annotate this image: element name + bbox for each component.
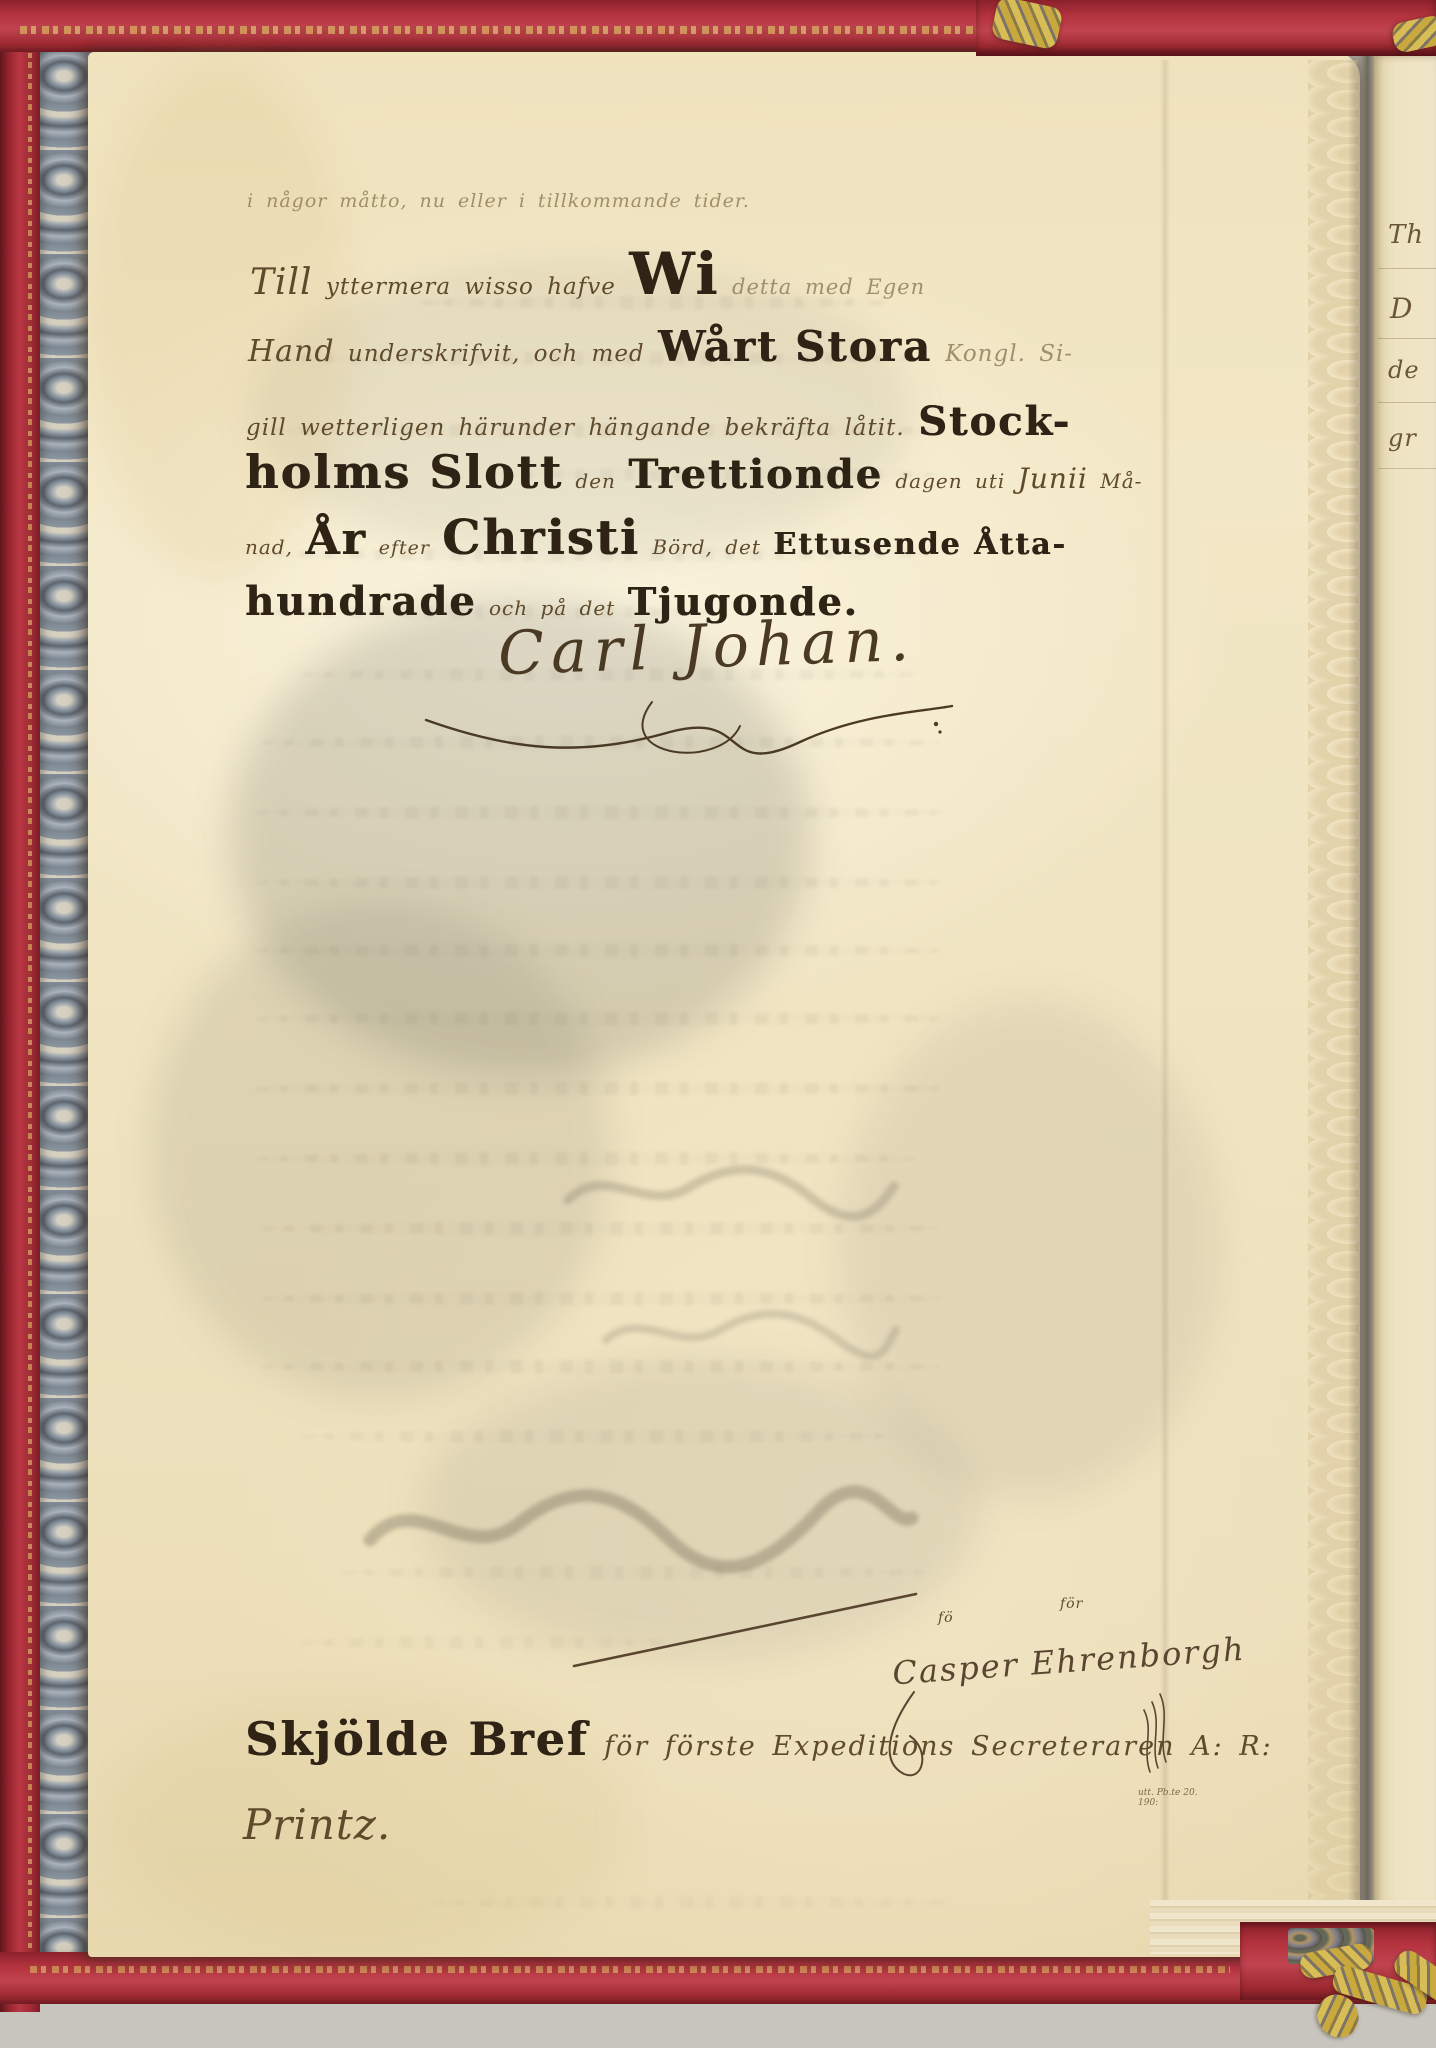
body-text: underskrifvit, och med xyxy=(335,341,658,367)
gold-tooling-bottom xyxy=(30,1966,1230,1973)
bleed-line xyxy=(255,806,945,819)
body-text: hundrade xyxy=(245,578,477,625)
archival-note: utt. Pb.te 20. 190: xyxy=(1138,1788,1198,1808)
body-text: dagen uti xyxy=(883,469,1018,493)
facing-page-rule xyxy=(1378,402,1436,403)
leather-edge-bottom xyxy=(0,1952,1436,2004)
countersignature-flourish xyxy=(560,1578,940,1678)
body-text: gill wetterligen härunder hängande bekrä… xyxy=(246,415,918,441)
body-text: Stock- xyxy=(918,398,1071,445)
archival-note-line: 190: xyxy=(1138,1798,1198,1808)
gutter-shadow xyxy=(1348,52,1376,1957)
countersignature-superscript: för xyxy=(1060,1596,1083,1612)
body-line-1: i någor måtto, nu eller i tillkommande t… xyxy=(247,190,750,212)
body-text: Christi xyxy=(442,510,640,566)
facing-page-fragment: de xyxy=(1388,356,1420,384)
archival-note-line: utt. Pb.te 20. xyxy=(1138,1788,1198,1798)
body-text: Wårt Stora xyxy=(658,322,932,371)
body-line-4: gill wetterligen härunder hängande bekrä… xyxy=(246,398,1071,445)
docket-line-1: Skjölde Bref för förste Expeditions Secr… xyxy=(245,1712,1273,1766)
countersignature-superscript: fö xyxy=(938,1610,954,1626)
bound-document-photo: Th D de gr i någor måtto, nu eller i til… xyxy=(0,0,1436,2048)
docket-rest: för förste Expeditions Secreteraren A: R… xyxy=(589,1731,1273,1762)
ink-show-through-stain xyxy=(840,1000,1220,1500)
bleed-script-flourish xyxy=(560,1148,900,1228)
bleed-line xyxy=(300,1430,900,1443)
body-text: holms Slott xyxy=(245,445,563,499)
facing-page-fragment: Th xyxy=(1388,220,1424,250)
docket-lead: Skjölde Bref xyxy=(245,1712,589,1766)
ink-show-through-stain xyxy=(150,900,610,1400)
facing-page-fragment: D xyxy=(1390,292,1413,325)
leather-spine-edge-left xyxy=(0,0,40,2012)
body-text: Till xyxy=(250,262,313,303)
body-line-5: holms Slott den Trettionde dagen uti Jun… xyxy=(245,445,1142,499)
body-text: efter xyxy=(367,537,442,559)
body-line-3: Hand underskrifvit, och med Wårt Stora K… xyxy=(248,322,1073,371)
bleed-line xyxy=(430,1896,950,1909)
body-text: yttermera wisso hafve xyxy=(313,274,630,300)
body-text: Wi xyxy=(629,240,719,308)
body-text: Må- xyxy=(1088,469,1143,493)
bleed-script-flourish xyxy=(600,1296,900,1366)
parchment-discoloration xyxy=(90,60,350,580)
bleed-line xyxy=(255,876,945,889)
body-text: den xyxy=(563,469,628,493)
facing-page-fragment: gr xyxy=(1388,424,1417,452)
body-line-2: Till yttermera wisso hafve Wi detta med … xyxy=(250,240,925,308)
bleed-line xyxy=(255,1082,945,1095)
facing-page-sliver xyxy=(1374,56,1436,1906)
body-text: Junii xyxy=(1018,462,1088,495)
facing-page-rule xyxy=(1378,338,1436,339)
bleed-line xyxy=(255,1012,945,1025)
body-text: Kongl. Si- xyxy=(932,341,1073,367)
gold-tooling-left xyxy=(28,10,32,2000)
body-text: År xyxy=(305,514,366,565)
body-text: nad, xyxy=(245,535,305,559)
body-text: Hand xyxy=(248,334,335,369)
bleed-line xyxy=(255,944,945,957)
signature-flourish xyxy=(420,672,960,782)
body-text: i någor måtto, nu eller i tillkommande t… xyxy=(247,190,750,212)
body-line-6: nad, År efter Christi Börd, det Ettusend… xyxy=(245,510,1067,566)
body-text: Ettusende Åtta- xyxy=(773,527,1067,562)
facing-page-rule xyxy=(1378,468,1436,469)
docket-line-2: Printz. xyxy=(243,1800,391,1849)
bleed-script-flourish xyxy=(360,1468,920,1578)
body-text: Trettionde xyxy=(628,451,883,498)
facing-page-rule xyxy=(1378,268,1436,269)
body-text: detta med Egen xyxy=(719,275,925,299)
body-text: Börd, det xyxy=(640,535,773,559)
